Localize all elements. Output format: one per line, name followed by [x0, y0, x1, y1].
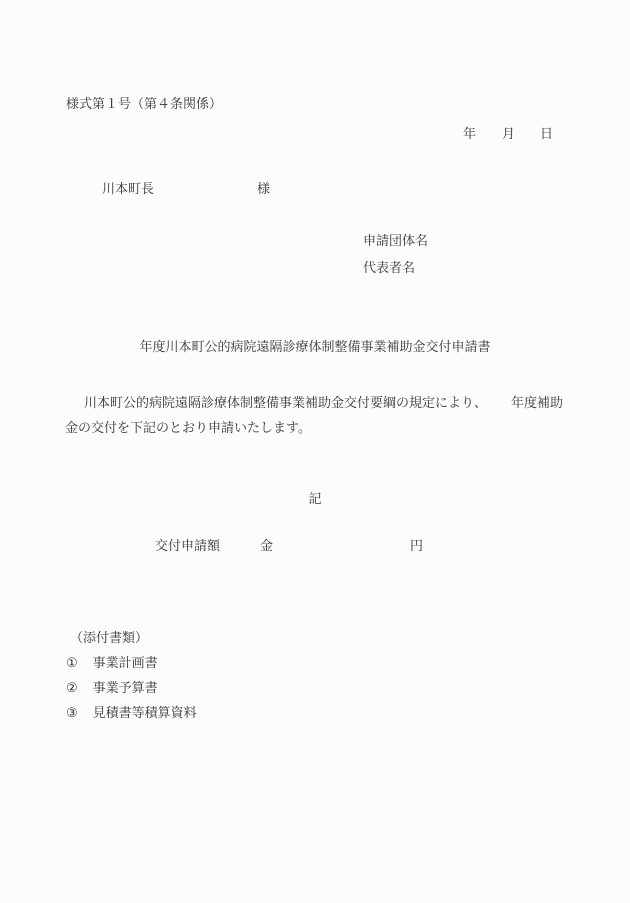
- body-line1-after-blank: 年度補助: [511, 396, 563, 411]
- attachment-item-number: ①: [66, 656, 78, 671]
- amount-label: 交付申請額: [155, 539, 220, 555]
- date-year-label: 年: [463, 127, 476, 143]
- attachments-header: （添付書類）: [70, 631, 148, 647]
- application-form-page: 様式第１号（第４条関係） 年 月 日 川本町長 様 申請団体名 代表者名 年度川…: [0, 0, 630, 903]
- attachment-item-label: 見積書等積算資料: [93, 706, 197, 721]
- record-marker: 記: [0, 492, 630, 508]
- applicant-representative-label: 代表者名: [363, 261, 415, 277]
- addressee-name: 川本町長: [102, 182, 154, 198]
- amount-suffix: 円: [410, 539, 423, 555]
- date-day-label: 日: [540, 127, 553, 143]
- date-month-label: 月: [502, 127, 515, 143]
- body-line1: 川本町公的病院遠隔診療体制整備事業補助金交付要綱の規定により、年度補助: [84, 396, 563, 412]
- document-title: 年度川本町公的病院遠隔診療体制整備事業補助金交付申請書: [0, 340, 630, 356]
- attachment-item-label: 事業計画書: [93, 656, 158, 671]
- attachment-item-number: ③: [66, 706, 78, 721]
- body-line2: 金の交付を下記のとおり申請いたします。: [65, 421, 311, 437]
- amount-prefix: 金: [260, 539, 273, 555]
- form-number: 様式第１号（第４条関係）: [66, 97, 222, 113]
- attachment-item-number: ②: [66, 681, 78, 696]
- applicant-organization-label: 申請団体名: [363, 234, 428, 250]
- attachment-item: ②事業予算書: [66, 681, 158, 697]
- attachment-item: ①事業計画書: [66, 656, 158, 672]
- body-line1-before-blank: 川本町公的病院遠隔診療体制整備事業補助金交付要綱の規定により、: [84, 396, 487, 411]
- attachment-item-label: 事業予算書: [93, 681, 158, 696]
- addressee-honorific: 様: [257, 182, 270, 198]
- attachment-item: ③見積書等積算資料: [66, 706, 197, 722]
